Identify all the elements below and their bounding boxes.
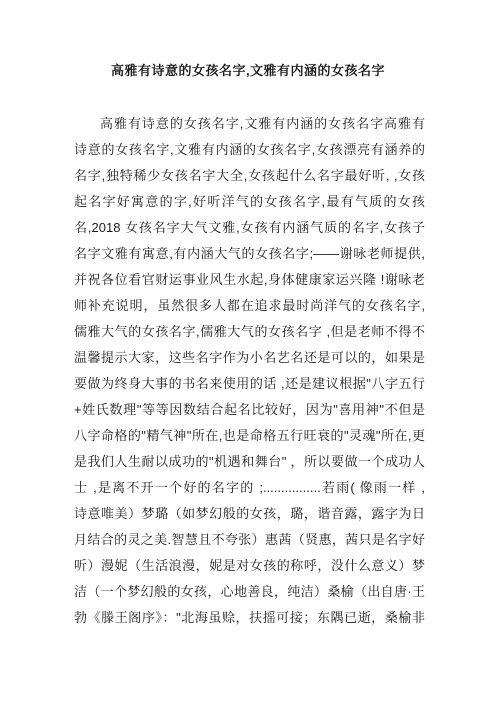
text-line: 勃《滕王阁序》："北海虽赊，扶摇可接；东隅已逝，桑榆非 (74, 605, 425, 631)
text-line: 温馨提示大家，这些名字作为小名艺名还是可以的，如果是 (74, 345, 425, 371)
text-line: 儒雅大气的女孩名字,儒雅大气的女孩名字 ,但是老师不得不 (74, 319, 425, 345)
text-line: 诗意的女孩名字,文雅有内涵的女孩名字,女孩漂亮有涵养的 (74, 137, 425, 163)
text-line: 名,2018 女孩名字大气文雅,女孩有内涵气质的名字,女孩子 (74, 215, 425, 241)
document-page: 高雅有诗意的女孩名字,文雅有内涵的女孩名字 高雅有诗意的女孩名字,文雅有内涵的女… (0, 0, 496, 702)
text-line: 诗意唯美）梦璐（如梦幻般的女孩，璐，谐音露，露字为日 (74, 501, 425, 527)
text-line: 要做为终身大事的书名来使用的话 ,还是建议根据"八字五行 (74, 371, 425, 397)
text-line: 起名字好寓意的字,好听洋气的女孩名字,最有气质的女孩 (74, 189, 425, 215)
text-line: 并祝各位看官财运事业风生水起,身体健康家运兴隆 !谢咏老 (74, 267, 425, 293)
text-line: +姓氏数理"等等因数结合起名比较好，因为"喜用神"不但是 (74, 397, 425, 423)
text-line: 士 ,是离不开一个好的名字的 ;................若雨( 像雨一样… (74, 475, 425, 501)
text-line: 师补充说明，虽然很多人都在追求最时尚洋气的女孩名字, (74, 293, 425, 319)
text-line: 名字,独特稀少女孩名字大全,女孩起什么名字最好听, ,女孩 (74, 163, 425, 189)
text-line: 八字命格的"精气神"所在,也是命格五行旺衰的"灵魂"所在,更 (74, 423, 425, 449)
text-line: 名字文雅有寓意,有内涵大气的女孩名字;——谢咏老师提供, (74, 241, 425, 267)
text-line: 听）漫妮（生活浪漫，妮是对女孩的称呼，没什么意义）梦 (74, 553, 425, 579)
text-line: 高雅有诗意的女孩名字,文雅有内涵的女孩名字高雅有 (74, 111, 425, 137)
text-line: 洁（一个梦幻般的女孩，心地善良，纯洁）桑榆（出自唐·王 (74, 579, 425, 605)
article-title: 高雅有诗意的女孩名字,文雅有内涵的女孩名字 (40, 58, 456, 84)
text-line: 是我们人生耐以成功的"机遇和舞台" ，所以要做一个成功人 (74, 449, 425, 475)
text-line: 月结合的灵之美.智慧且不夸张）惠茜（贤惠，茜只是名字好 (74, 527, 425, 553)
article-body: 高雅有诗意的女孩名字,文雅有内涵的女孩名字高雅有诗意的女孩名字,文雅有内涵的女孩… (74, 111, 425, 631)
